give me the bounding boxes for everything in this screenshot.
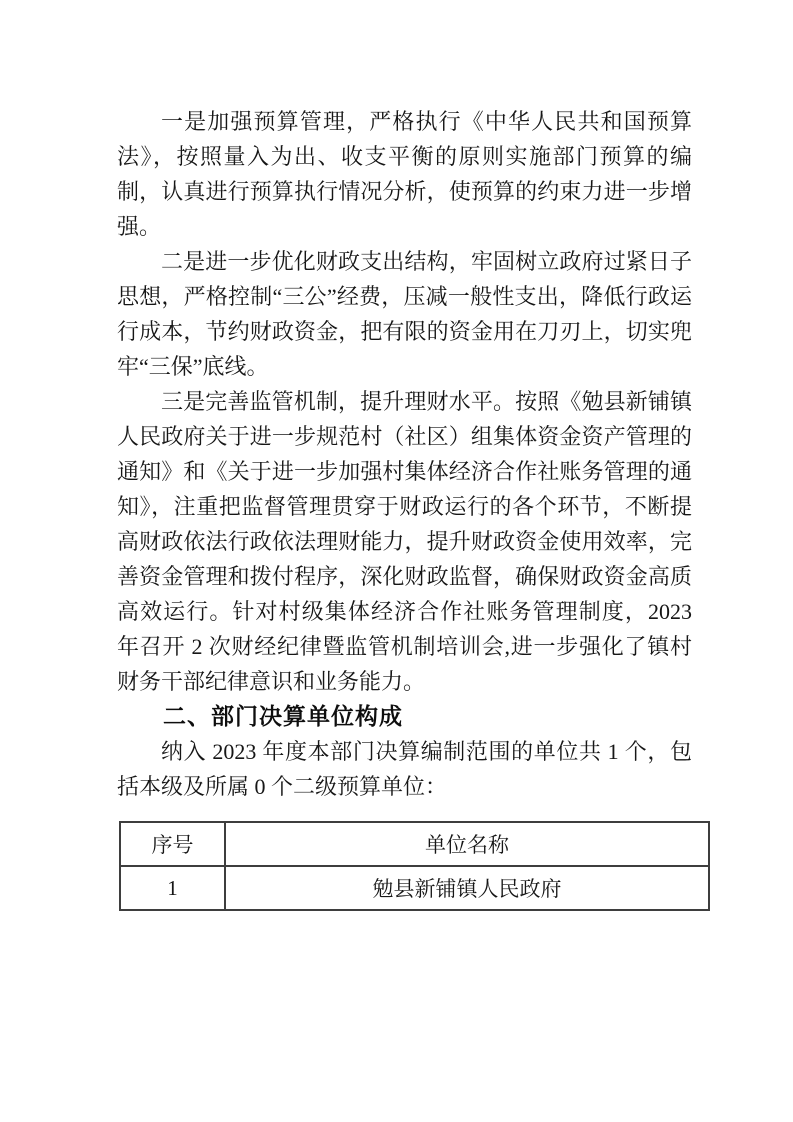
paragraph-supervision-mechanism: 三是完善监管机制，提升理财水平。按照《勉县新铺镇人民政府关于进一步规范村（社区）… — [117, 384, 692, 699]
unit-row-name: 勉县新铺镇人民政府 — [225, 866, 709, 910]
paragraph-budget-management: 一是加强预算管理，严格执行《中华人民共和国预算法》，按照量入为出、收支平衡的原则… — [117, 104, 692, 244]
document-page: 一是加强预算管理，严格执行《中华人民共和国预算法》，按照量入为出、收支平衡的原则… — [0, 0, 793, 1122]
units-table-header-index: 序号 — [120, 822, 225, 866]
units-table-header-row: 序号 单位名称 — [120, 822, 709, 866]
section-heading-unit-composition: 二、部门决算单位构成 — [117, 699, 692, 734]
units-table: 序号 单位名称 1 勉县新铺镇人民政府 — [119, 821, 710, 911]
unit-row-index: 1 — [120, 866, 225, 910]
units-table-header-name: 单位名称 — [225, 822, 709, 866]
units-table-row: 1 勉县新铺镇人民政府 — [120, 866, 709, 910]
paragraph-units-intro: 纳入 2023 年度本部门决算编制范围的单位共 1 个，包括本级及所属 0 个二… — [117, 734, 692, 804]
document-content: 一是加强预算管理，严格执行《中华人民共和国预算法》，按照量入为出、收支平衡的原则… — [117, 104, 692, 911]
paragraph-expenditure-structure: 二是进一步优化财政支出结构，牢固树立政府过紧日子思想，严格控制“三公”经费，压减… — [117, 244, 692, 384]
